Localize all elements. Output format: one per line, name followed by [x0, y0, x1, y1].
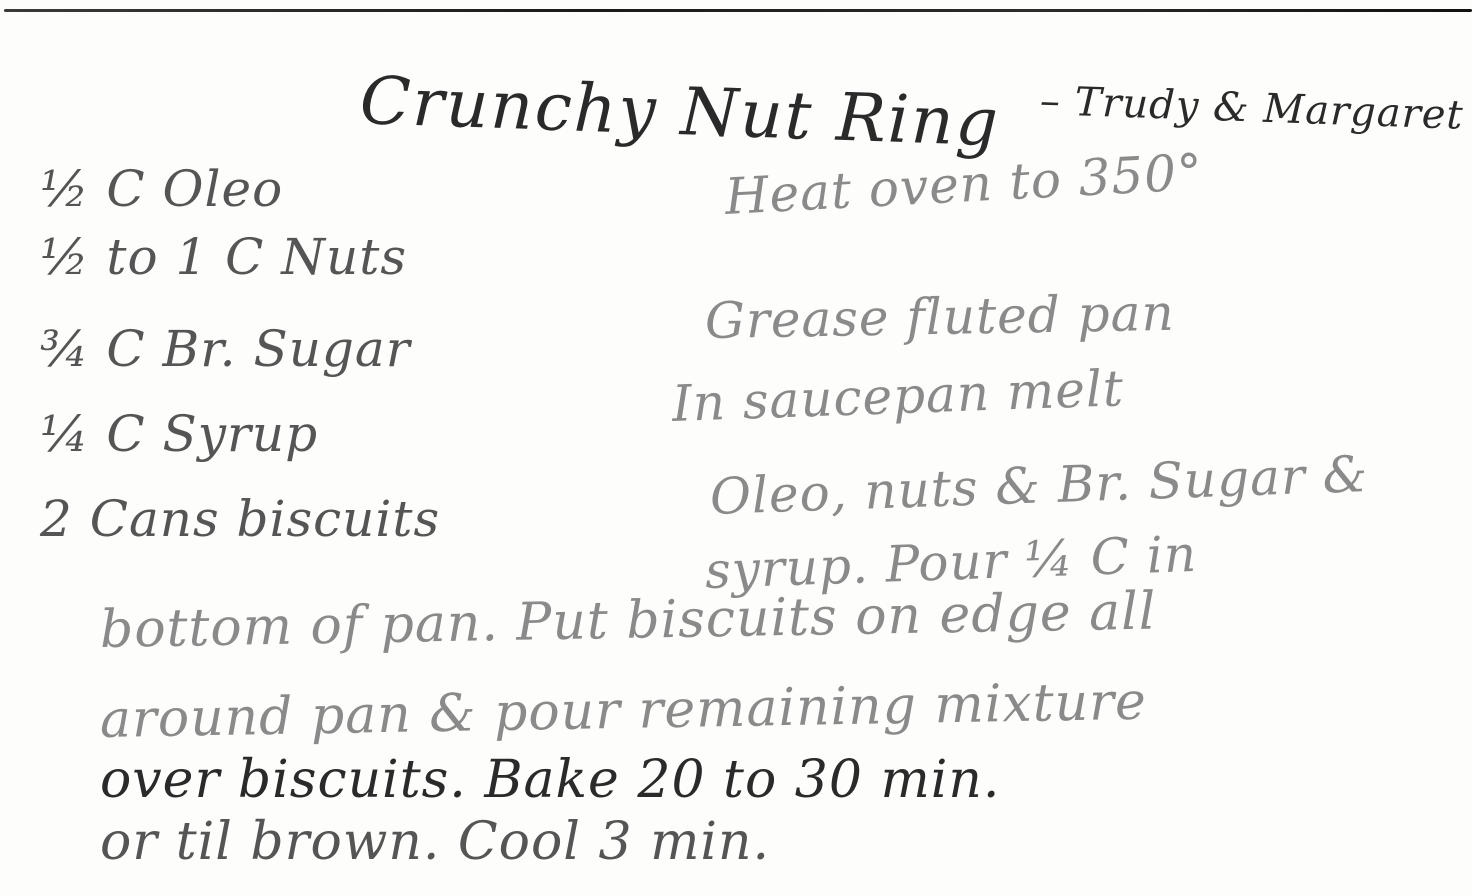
ingredient-item: ¼ C Syrup	[40, 405, 318, 463]
instruction-line: In saucepan melt	[671, 359, 1125, 433]
card-top-edge	[4, 9, 1472, 12]
instruction-paragraph-line: around pan & pour remaining mixture	[99, 672, 1147, 750]
ingredient-item: ½ to 1 C Nuts	[40, 228, 407, 286]
ingredient-item: ½ C Oleo	[40, 160, 283, 218]
instruction-paragraph-line: or til brown. Cool 3 min.	[100, 812, 770, 872]
instruction-paragraph-line: bottom of pan. Put biscuits on edge all	[99, 582, 1156, 660]
recipe-credit: – Trudy & Margaret	[1039, 78, 1464, 139]
instruction-line: Grease fluted pan	[704, 284, 1175, 350]
instruction-paragraph-line: over biscuits. Bake 20 to 30 min.	[100, 750, 1000, 810]
ingredient-item: ¾ C Br. Sugar	[40, 320, 411, 378]
recipe-title: Crunchy Nut Ring	[359, 62, 1001, 161]
recipe-card: Crunchy Nut Ring – Trudy & Margaret ½ C …	[0, 0, 1472, 896]
ingredient-item: 2 Cans biscuits	[40, 490, 440, 548]
instruction-line: Heat oven to 350°	[723, 143, 1204, 226]
instruction-line: Oleo, nuts & Br. Sugar &	[709, 445, 1369, 526]
